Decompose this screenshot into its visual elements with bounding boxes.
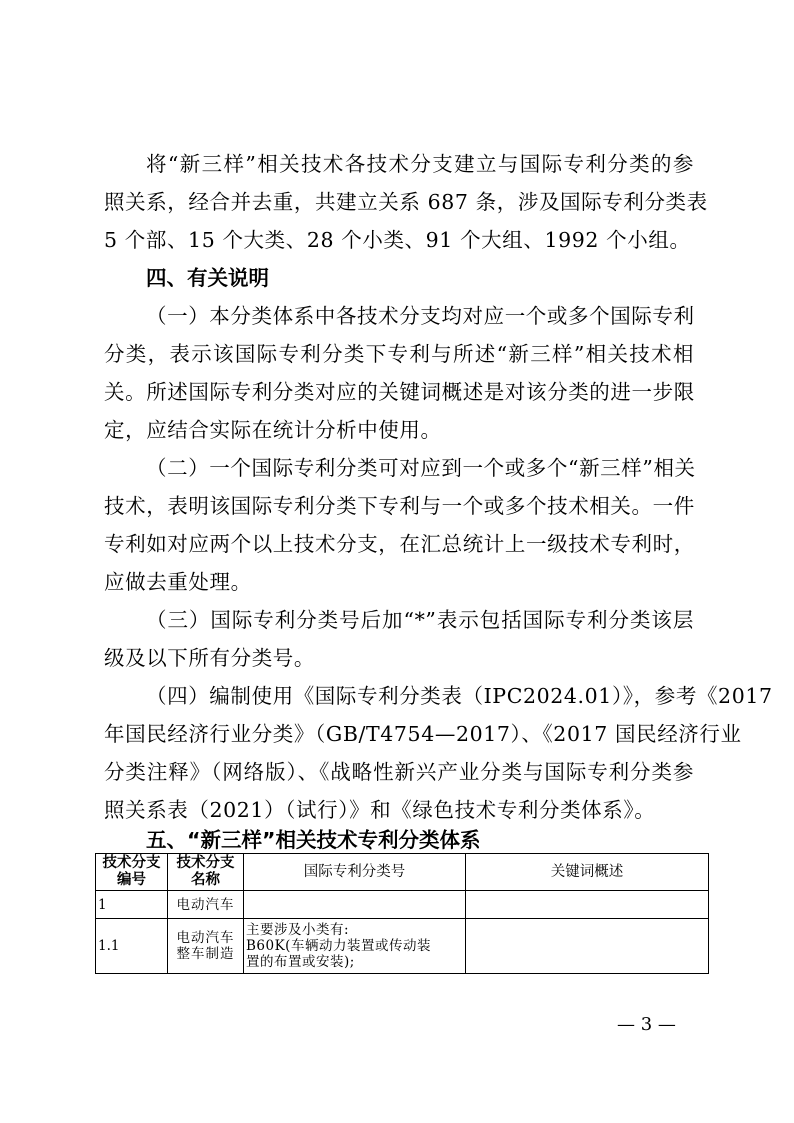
cell-ipc (244, 891, 466, 919)
item1-line-1: （一）本分类体系中各技术分支均对应一个或多个国际专利 (146, 302, 694, 330)
header-branch-name: 技术分支 名称 (168, 854, 244, 891)
header-name-line-2: 名称 (170, 872, 241, 889)
page-number: — 3 — (617, 1014, 676, 1035)
cell-keywords (466, 891, 709, 919)
table-row: 1.1 电动汽车 整车制造 主要涉及小类有: B60K(车辆动力装置或传动装 置… (96, 919, 709, 974)
item2-line-1: （二）一个国际专利分类可对应到一个或多个“新三样”相关 (146, 454, 694, 482)
cell-name-line-2: 整车制造 (170, 946, 241, 962)
section-5-heading: 五、“新三样”相关技术专利分类体系 (146, 826, 480, 854)
cell-ipc-line-3: 置的布置或安装); (246, 954, 463, 970)
item2-line-4: 应做去重处理。 (104, 568, 694, 596)
cell-name: 电动汽车 整车制造 (168, 919, 244, 974)
header-name-line-1: 技术分支 (170, 855, 241, 872)
item1-line-3: 关。所述国际专利分类对应的关键词概述是对该分类的进一步限 (104, 378, 694, 406)
cell-code: 1.1 (96, 919, 168, 974)
intro-line-2: 照关系，经合并去重，共建立关系 687 条，涉及国际专利分类表 (104, 188, 694, 216)
cell-ipc-line-1: 主要涉及小类有: (246, 922, 463, 938)
patent-classification-table: 技术分支 编号 技术分支 名称 国际专利分类号 关键词概述 1 电动汽车 1.1 (95, 853, 709, 974)
item2-line-2: 技术，表明该国际专利分类下专利与一个或多个技术相关。一件 (104, 492, 694, 520)
item3-line-2: 级及以下所有分类号。 (104, 644, 694, 672)
cell-ipc-line-2: B60K(车辆动力装置或传动装 (246, 938, 463, 954)
item4-line-2: 年国民经济行业分类》（GB/T4754—2017）、《2017 国民经济行业 (104, 720, 694, 748)
header-code-line-1: 技术分支 (98, 855, 165, 872)
table-header-row: 技术分支 编号 技术分支 名称 国际专利分类号 关键词概述 (96, 854, 709, 891)
document-page: 将“新三样”相关技术各技术分支建立与国际专利分类的参 照关系，经合并去重，共建立… (0, 0, 794, 1123)
intro-line-3: 5 个部、15 个大类、28 个小类、91 个大组、1992 个小组。 (104, 226, 694, 254)
header-ipc: 国际专利分类号 (244, 854, 466, 891)
intro-line-1: 将“新三样”相关技术各技术分支建立与国际专利分类的参 (146, 150, 694, 178)
header-keywords: 关键词概述 (466, 854, 709, 891)
cell-keywords (466, 919, 709, 974)
item3-line-1: （三）国际专利分类号后加“*”表示包括国际专利分类该层 (146, 606, 694, 634)
cell-name-line-1: 电动汽车 (170, 930, 241, 946)
item2-line-3: 专利如对应两个以上技术分支，在汇总统计上一级技术专利时， (104, 530, 694, 558)
item4-line-3: 分类注释》（网络版）、《战略性新兴产业分类与国际专利分类参 (104, 758, 694, 786)
cell-code: 1 (96, 891, 168, 919)
item1-line-2: 分类，表示该国际专利分类下专利与所述“新三样”相关技术相 (104, 340, 694, 368)
table-row: 1 电动汽车 (96, 891, 709, 919)
cell-ipc: 主要涉及小类有: B60K(车辆动力装置或传动装 置的布置或安装); (244, 919, 466, 974)
section-4-heading: 四、有关说明 (146, 264, 269, 292)
item4-line-1: （四）编制使用《国际专利分类表（IPC2024.01）》，参考《2017 (146, 682, 694, 710)
cell-name: 电动汽车 (168, 891, 244, 919)
item4-line-4: 照关系表（2021）（试行）》和《绿色技术专利分类体系》。 (104, 796, 694, 824)
header-branch-code: 技术分支 编号 (96, 854, 168, 891)
header-code-line-2: 编号 (98, 872, 165, 889)
item1-line-4: 定，应结合实际在统计分析中使用。 (104, 416, 694, 444)
